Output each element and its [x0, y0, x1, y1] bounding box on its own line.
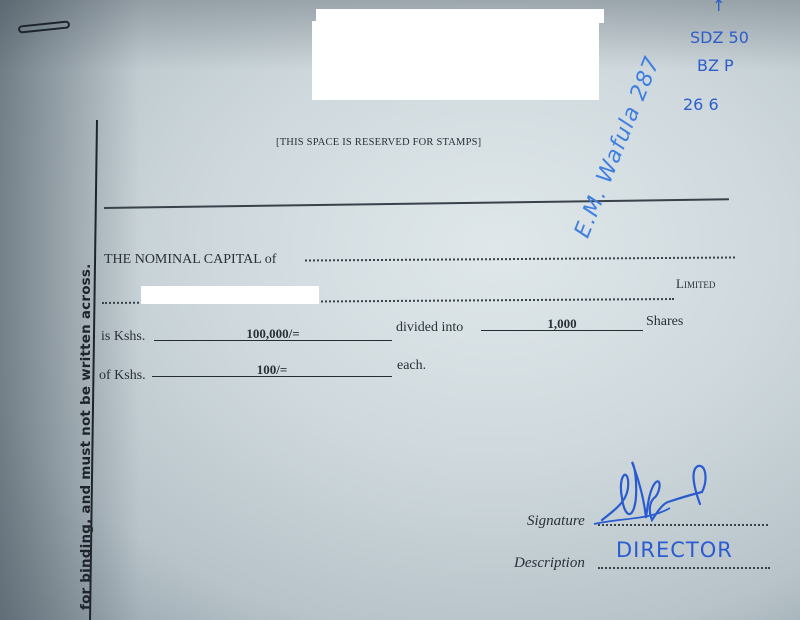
handwritten-arrow: ↑: [712, 0, 725, 15]
description-value-handwritten: DIRECTOR: [616, 538, 733, 562]
staple: [18, 20, 71, 33]
each-label: each.: [397, 358, 426, 374]
divided-into-label: divided into: [396, 320, 463, 336]
binding-margin-note: for binding, and must not be written acr…: [78, 264, 94, 611]
signature-label: Signature: [527, 513, 585, 530]
share-count-field: 1,000: [481, 316, 643, 331]
shares-label: Shares: [646, 314, 683, 330]
company-name-dotted-line: [305, 256, 735, 261]
redaction-header: [312, 21, 599, 100]
per-share-prefix: of Kshs.: [99, 368, 146, 384]
stamps-reserved-note: [THIS SPACE IS RESERVED FOR STAMPS]: [276, 137, 481, 148]
page-shadow-left: [0, 0, 140, 620]
redaction-company-name: [141, 286, 319, 304]
per-share-amount-field: 100/=: [152, 362, 392, 377]
handwritten-note-line-1: SDZ 50: [690, 28, 749, 47]
description-dotted-line: [598, 567, 770, 569]
nominal-capital-label: THE NOMINAL CAPITAL of: [104, 252, 276, 268]
capital-prefix: is Kshs.: [101, 329, 145, 345]
handwritten-note-line-3: 26 6: [683, 95, 719, 114]
capital-amount-field: 100,000/=: [154, 326, 392, 341]
description-label: Description: [514, 555, 585, 572]
handwritten-note-line-2: BZ P: [697, 56, 734, 75]
section-divider: [104, 198, 729, 208]
signature-scribble-icon: [590, 458, 720, 533]
limited-label: Limited: [676, 276, 715, 292]
